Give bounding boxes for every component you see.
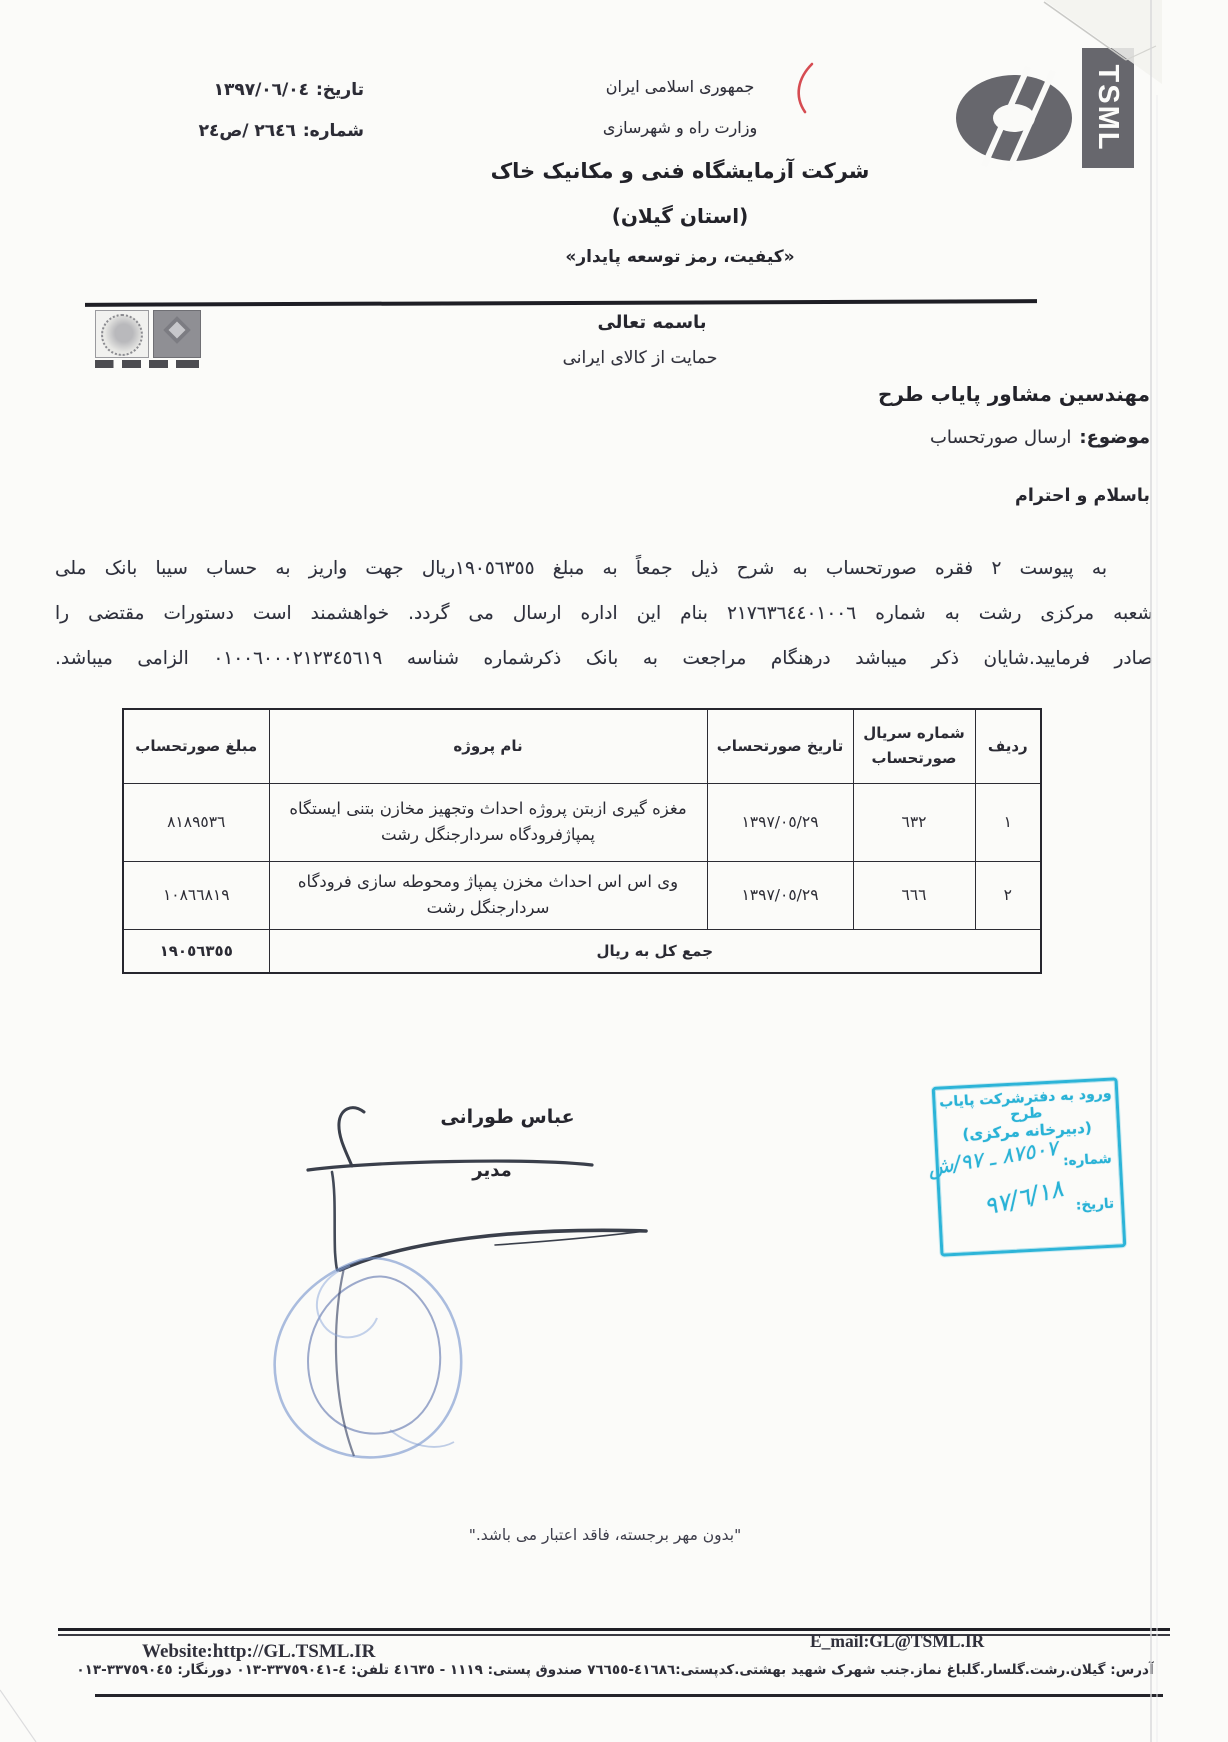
signature-scribble-icon (240, 1090, 670, 1490)
body-line-3: صادر فرمایید.شایان ذکر میباشد درهنگام مر… (55, 648, 1153, 669)
province-name: (استان گیلان) (400, 194, 960, 238)
cell-amount: ٨١٨٩٥٣٦ (123, 783, 269, 861)
footnote-text: "بدون مهر برجسته، فاقد اعتبار می باشد." (380, 1526, 830, 1544)
bottom-corner-crease (0, 1690, 36, 1742)
column-header-project: نام پروژه (269, 709, 707, 783)
total-label-cell: جمع کل به ریال (269, 929, 1041, 973)
country-name: جمهوری اسلامی ایران (400, 66, 960, 107)
meta-number-value: ٢٦٤٦ /ص٢٤ (199, 121, 296, 141)
company-name: شرکت آزمایشگاه فنی و مکانیک خاک (400, 148, 960, 194)
scanned-letter-page: تاریخ:١٣٩٧/٠٦/٠٤ شماره:٢٦٤٦ /ص٢٤ جمهوری … (0, 0, 1228, 1742)
stamp-number-label: شماره: (1063, 1151, 1112, 1170)
meta-number-label: شماره: (303, 121, 364, 141)
letterhead-center: جمهوری اسلامی ایران وزارت راه و شهرسازی … (400, 66, 960, 276)
quality-slogan: «کیفیت، رمز توسعه پایدار» (400, 238, 960, 276)
meta-block: تاریخ:١٣٩٧/٠٦/٠٤ شماره:٢٦٤٦ /ص٢٤ (148, 70, 364, 152)
cell-project: وی اس اس احداث مخزن پمپاژ ومحوطه سازی فر… (269, 861, 707, 929)
tsml-logo-mark-icon (956, 67, 1072, 170)
body-line-2: شعبه مرکزی رشت به شماره ٢١٧٦٣٦٤٤٠١٠٠٦ بن… (55, 603, 1153, 624)
column-header-serial: شماره سریال صورتحساب (853, 709, 975, 783)
stamp-date-label: تاریخ: (1076, 1196, 1115, 1214)
support-emblem (95, 310, 207, 368)
support-slogan: حمایت از کالای ایرانی (415, 348, 865, 368)
cell-project: مغزه گیری ازبتن پروژه احداث وتجهیز مخازن… (269, 783, 707, 861)
table-header-row: ردیف شماره سریال صورتحساب تاریخ صورتحساب… (123, 709, 1041, 783)
salutation: باسلام و احترام (700, 486, 1150, 506)
cell-serial: ٦٦٦ (853, 861, 975, 929)
emblem-gem-icon (163, 316, 191, 344)
footer-rule-bottom (95, 1694, 1163, 1697)
body-line-1: به پیوست ٢ فقره صورتحساب به شرح ذیل جمعا… (55, 558, 1153, 579)
meta-number-line: شماره:٢٦٤٦ /ص٢٤ (148, 111, 364, 152)
header-divider-rule (85, 299, 1037, 307)
cell-date: ١٣٩٧/٠٥/٢٩ (707, 783, 853, 861)
tsml-logo-wordmark: TSML (1082, 48, 1134, 168)
emblem-globe-icon (101, 314, 143, 356)
subject-value: ارسال صورتحساب (930, 427, 1071, 448)
address-line: آدرس: گیلان.رشت.گلسار.گلباغ نماز.جنب شهر… (40, 1662, 1190, 1678)
column-header-date: تاریخ صورتحساب (707, 709, 853, 783)
email-text: E_mail:GL@TSML.IR (810, 1631, 984, 1652)
column-header-amount: مبلغ صورتحساب (123, 709, 269, 783)
ministry-name: وزارت راه و شهرسازی (400, 107, 960, 148)
emblem-left-stamp (95, 310, 149, 358)
signatory-name: عباس طورانی (420, 1106, 595, 1128)
emblem-baseline-strip (95, 360, 199, 368)
cell-amount: ١٠٨٦٦٨١٩ (123, 861, 269, 929)
subject-label: موضوع: (1079, 427, 1150, 448)
invoice-table: ردیف شماره سریال صورتحساب تاریخ صورتحساب… (122, 708, 1042, 974)
meta-date-label: تاریخ: (316, 80, 364, 100)
table-row: ٢ ٦٦٦ ١٣٩٧/٠٥/٢٩ وی اس اس احداث مخزن پمپ… (123, 861, 1041, 929)
footer-rule-top (58, 1628, 1170, 1631)
svg-text:TSML: TSML (1092, 65, 1124, 152)
cell-row-no: ١ (975, 783, 1041, 861)
cell-date: ١٣٩٧/٠٥/٢٩ (707, 861, 853, 929)
signatory-title: مدیر (432, 1160, 552, 1181)
stamp-date-row: تاریخ: ٩٧/٦/١٨ (940, 1179, 1122, 1232)
tsml-logo: TSML (952, 40, 1157, 190)
recipient-line: مهندسین مشاور پایاب طرح (550, 382, 1150, 406)
table-row: ١ ٦٣٢ ١٣٩٧/٠٥/٢٩ مغزه گیری ازبتن پروژه ا… (123, 783, 1041, 861)
meta-date-value: ١٣٩٧/٠٦/٠٤ (214, 80, 309, 100)
table-total-row: جمع کل به ریال ١٩٠٥٦٣٥٥ (123, 929, 1041, 973)
cell-row-no: ٢ (975, 861, 1041, 929)
website-text: Website:http://GL.TSML.IR (142, 1641, 375, 1663)
basmala: باسمه تعالی (427, 312, 877, 333)
emblem-right-stamp (153, 310, 201, 358)
cell-serial: ٦٣٢ (853, 783, 975, 861)
entry-stamp: ورود به دفترشرکت پایاب طرح (دبیرخانه مرک… (932, 1077, 1127, 1257)
meta-date-line: تاریخ:١٣٩٧/٠٦/٠٤ (148, 70, 364, 111)
column-header-row-no: ردیف (975, 709, 1041, 783)
footer-rule-top-thin (58, 1634, 1170, 1636)
total-amount-cell: ١٩٠٥٦٣٥٥ (123, 929, 269, 973)
subject-line: موضوع:ارسال صورتحساب (550, 427, 1150, 448)
